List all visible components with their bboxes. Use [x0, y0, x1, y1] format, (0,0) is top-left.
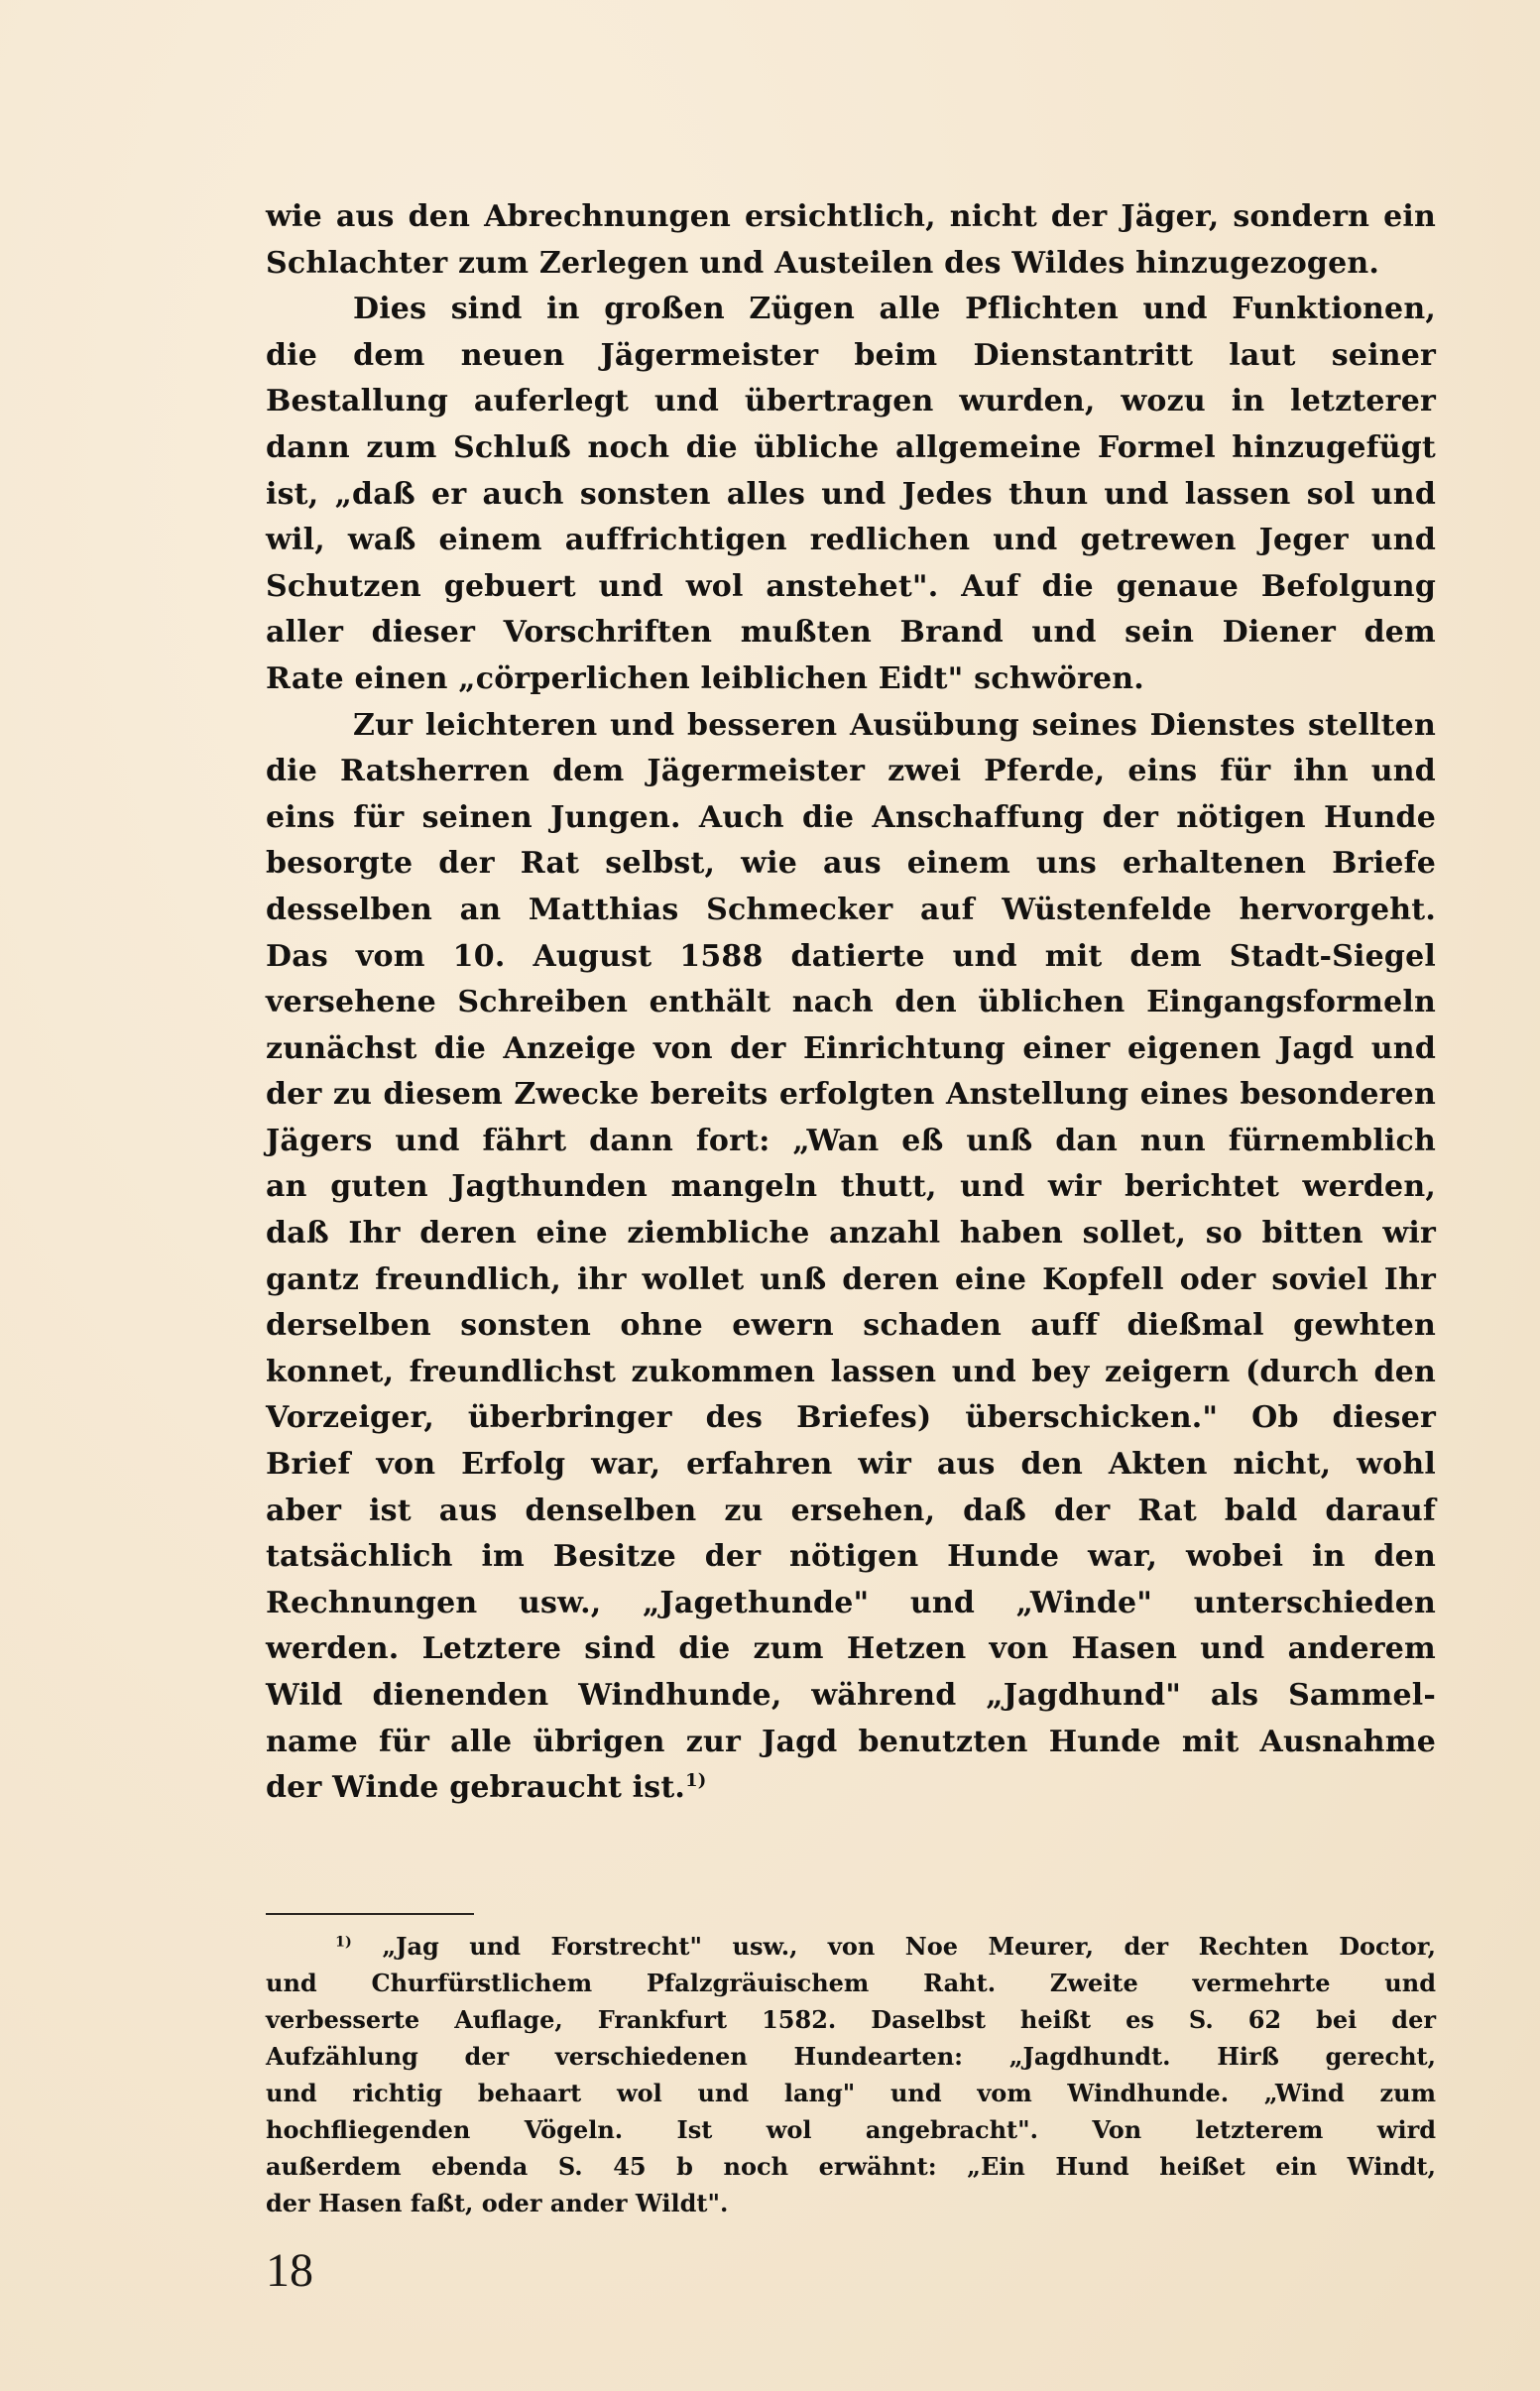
- footnote-1: 1) „Jag und Forstrecht" usw., von Noe Me…: [266, 1928, 1436, 2221]
- footnote-marker: 1): [335, 1933, 352, 1950]
- text-line: Vorzeiger, überbringer des Briefes) über…: [266, 1395, 1436, 1442]
- text-line: Schlachter zum Zerlegen und Austeilen de…: [266, 241, 1436, 288]
- footnote-separator: [266, 1913, 474, 1915]
- footnote-line: Aufzählung der verschiedenen Hundearten:…: [266, 2038, 1436, 2075]
- footnote-line: hochfliegenden Vögeln. Ist wol angebrach…: [266, 2111, 1436, 2148]
- text-line: werden. Letztere sind die zum Hetzen von…: [266, 1626, 1436, 1673]
- page-body: wie aus den Abrechnungen ersichtlich, ni…: [266, 194, 1436, 1812]
- text-line: die dem neuen Jägermeister beim Dienstan…: [266, 333, 1436, 380]
- text-line: ist, „daß er auch sonsten alles und Jede…: [266, 472, 1436, 519]
- footnote-line: verbesserte Auflage, Frankfurt 1582. Das…: [266, 2001, 1436, 2038]
- text-line: Rechnungen usw., „Jagethunde" und „Winde…: [266, 1581, 1436, 1627]
- text-line: Dies sind in großen Zügen alle Pflichten…: [266, 287, 1436, 333]
- paragraph-2: Dies sind in großen Zügen alle Pflichten…: [266, 287, 1436, 702]
- text-line: Zur leichteren und besseren Ausübung sei…: [266, 703, 1436, 750]
- text-line: eins für seinen Jungen. Auch die Anschaf…: [266, 795, 1436, 842]
- text-line: Das vom 10. August 1588 datierte und mit…: [266, 934, 1436, 981]
- footnote-text: „Jag und Forstrecht" usw., von Noe Meure…: [352, 1932, 1436, 1961]
- text-line: an guten Jagthunden mangeln thutt, und w…: [266, 1164, 1436, 1211]
- text-line: aller dieser Vorschriften mußten Brand u…: [266, 610, 1436, 657]
- text-line: aber ist aus denselben zu ersehen, daß d…: [266, 1489, 1436, 1535]
- text-line: derselben sonsten ohne ewern schaden auf…: [266, 1303, 1436, 1350]
- text-line: tatsächlich im Besitze der nötigen Hunde…: [266, 1534, 1436, 1581]
- text-line-content: der Winde gebraucht ist.: [266, 1770, 685, 1805]
- footnote-line: und richtig behaart wol und lang" und vo…: [266, 2075, 1436, 2111]
- footnote-line: 1) „Jag und Forstrecht" usw., von Noe Me…: [266, 1928, 1436, 1965]
- text-line: der Winde gebraucht ist.1): [266, 1765, 1436, 1812]
- main-text: wie aus den Abrechnungen ersichtlich, ni…: [266, 194, 1436, 1812]
- text-line: zunächst die Anzeige von der Einrichtung…: [266, 1026, 1436, 1073]
- footnote-line: außerdem ebenda S. 45 b noch erwähnt: „E…: [266, 2148, 1436, 2185]
- text-line: gantz freundlich, ihr wollet unß deren e…: [266, 1257, 1436, 1304]
- text-line: besorgte der Rat selbst, wie aus einem u…: [266, 841, 1436, 888]
- text-line: Schutzen gebuert und wol anstehet". Auf …: [266, 564, 1436, 611]
- text-line: daß Ihr deren eine ziembliche anzahl hab…: [266, 1211, 1436, 1257]
- footnote-line: und Churfürstlichem Pfalzgräuischem Raht…: [266, 1965, 1436, 2001]
- footnote-line: der Hasen faßt, oder ander Wildt".: [266, 2185, 1436, 2221]
- text-line: dann zum Schluß noch die übliche allgeme…: [266, 425, 1436, 472]
- text-line: die Ratsherren dem Jägermeister zwei Pfe…: [266, 749, 1436, 795]
- text-line: der zu diesem Zwecke bereits erfolgten A…: [266, 1072, 1436, 1119]
- text-line: wie aus den Abrechnungen ersichtlich, ni…: [266, 194, 1436, 241]
- text-line: Brief von Erfolg war, erfahren wir aus d…: [266, 1442, 1436, 1489]
- paragraph-3: Zur leichteren und besseren Ausübung sei…: [266, 703, 1436, 1812]
- page-number: 18: [266, 2243, 313, 2298]
- text-line: versehene Schreiben enthält nach den übl…: [266, 980, 1436, 1026]
- text-line: Rate einen „cörperlichen leiblichen Eidt…: [266, 657, 1436, 703]
- text-line: konnet, freundlichst zukommen lassen und…: [266, 1350, 1436, 1396]
- text-line: Wild dienenden Windhunde, während „Jagdh…: [266, 1673, 1436, 1720]
- text-line: Jägers und fährt dann fort: „Wan eß unß …: [266, 1119, 1436, 1165]
- footnote-reference[interactable]: 1): [685, 1770, 706, 1791]
- text-line: name für alle übrigen zur Jagd benutzten…: [266, 1720, 1436, 1766]
- footnotes: 1) „Jag und Forstrecht" usw., von Noe Me…: [266, 1928, 1436, 2221]
- paragraph-1: wie aus den Abrechnungen ersichtlich, ni…: [266, 194, 1436, 287]
- text-line: desselben an Matthias Schmecker auf Wüst…: [266, 888, 1436, 934]
- text-line: Bestallung auferlegt und übertragen wurd…: [266, 379, 1436, 425]
- text-line: wil, waß einem auffrichtigen redlichen u…: [266, 518, 1436, 564]
